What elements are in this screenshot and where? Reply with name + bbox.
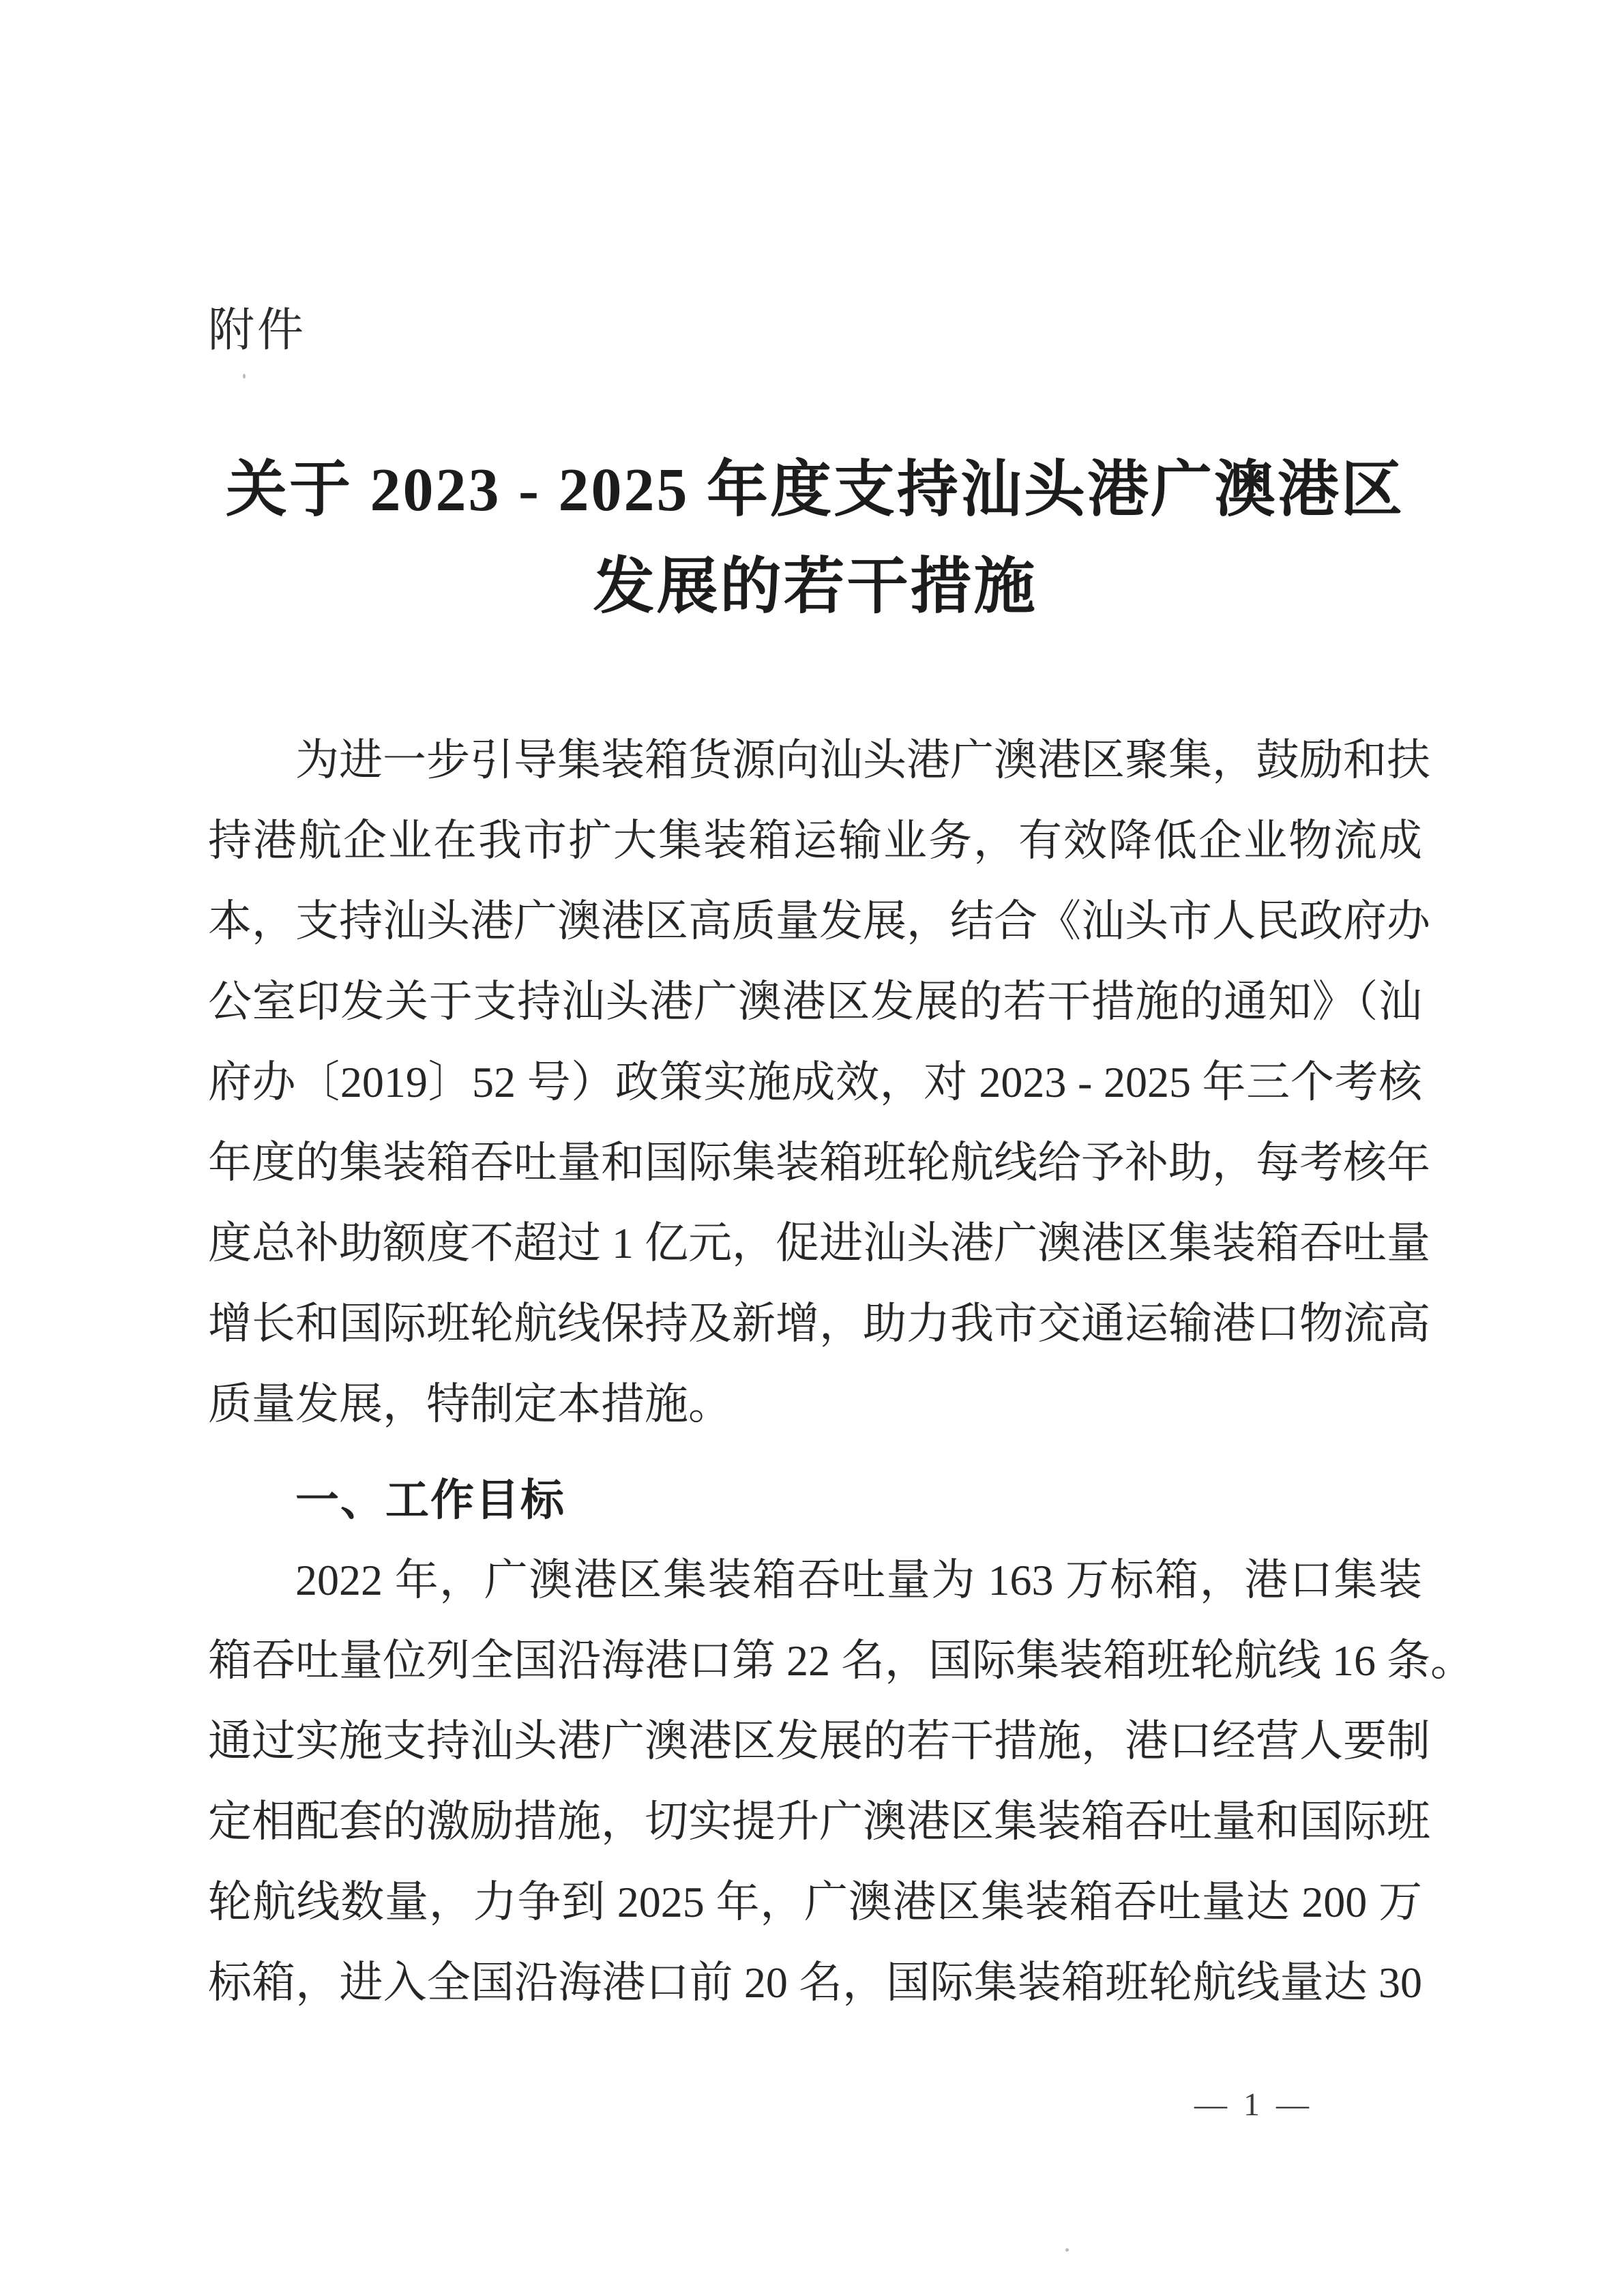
body-line: 轮航线数量，力争到 2025 年，广澳港区集装箱吞吐量达 200 万 (208, 1862, 1422, 1943)
body-line: 持港航企业在我市扩大集装箱运输业务，有效降低企业物流成 (208, 801, 1422, 881)
body-line: 增长和国际班轮航线保持及新增，助力我市交通运输港口物流高 (208, 1284, 1422, 1364)
content-column: 附件 关于 2023 - 2025 年度支持汕头港广澳港区 发展的若干措施 为进… (208, 299, 1422, 2123)
intro-paragraph: 为进一步引导集装箱货源向汕头港广澳港区聚集，鼓励和扶 持港航企业在我市扩大集装箱… (208, 720, 1422, 1445)
page-number: — 1 — (208, 2087, 1422, 2123)
document-title: 关于 2023 - 2025 年度支持汕头港广澳港区 发展的若干措施 (208, 442, 1422, 636)
section-heading-work-goals: 一、工作目标 (208, 1460, 1422, 1540)
document-page: 附件 关于 2023 - 2025 年度支持汕头港广澳港区 发展的若干措施 为进… (0, 0, 1622, 2296)
body-line: 本，支持汕头港广澳港区高质量发展，结合《汕头市人民政府办 (208, 881, 1422, 962)
body-line: 定相配套的激励措施，切实提升广澳港区集装箱吞吐量和国际班 (208, 1782, 1422, 1862)
scan-artifact (243, 374, 246, 379)
document-title-line-1: 关于 2023 - 2025 年度支持汕头港广澳港区 (208, 442, 1422, 539)
body-line: 通过实施支持汕头港广澳港区发展的若干措施，港口经营人要制 (208, 1701, 1422, 1782)
body-line: 度总补助额度不超过 1 亿元，促进汕头港广澳港区集装箱吞吐量 (208, 1203, 1422, 1284)
scan-artifact (1065, 2248, 1069, 2252)
body-line: 为进一步引导集装箱货源向汕头港广澳港区聚集，鼓励和扶 (208, 720, 1422, 801)
body-line: 2022 年，广澳港区集装箱吞吐量为 163 万标箱，港口集装 (208, 1540, 1422, 1621)
body-line: 标箱，进入全国沿海港口前 20 名，国际集装箱班轮航线量达 30 (208, 1943, 1422, 2023)
goal-paragraph: 2022 年，广澳港区集装箱吞吐量为 163 万标箱，港口集装 箱吞吐量位列全国… (208, 1540, 1422, 2023)
body-line: 年度的集装箱吞吐量和国际集装箱班轮航线给予补助，每考核年 (208, 1123, 1422, 1203)
body-line: 质量发展，特制定本措施。 (208, 1364, 1422, 1445)
document-title-line-2: 发展的若干措施 (208, 539, 1422, 636)
body-line: 公室印发关于支持汕头港广澳港区发展的若干措施的通知》（汕 (208, 962, 1422, 1042)
attachment-label: 附件 (208, 299, 1422, 362)
body-line: 箱吞吐量位列全国沿海港口第 22 名，国际集装箱班轮航线 16 条。 (208, 1621, 1422, 1701)
body-line: 府办〔2019〕52 号）政策实施成效，对 2023 - 2025 年三个考核 (208, 1042, 1422, 1123)
